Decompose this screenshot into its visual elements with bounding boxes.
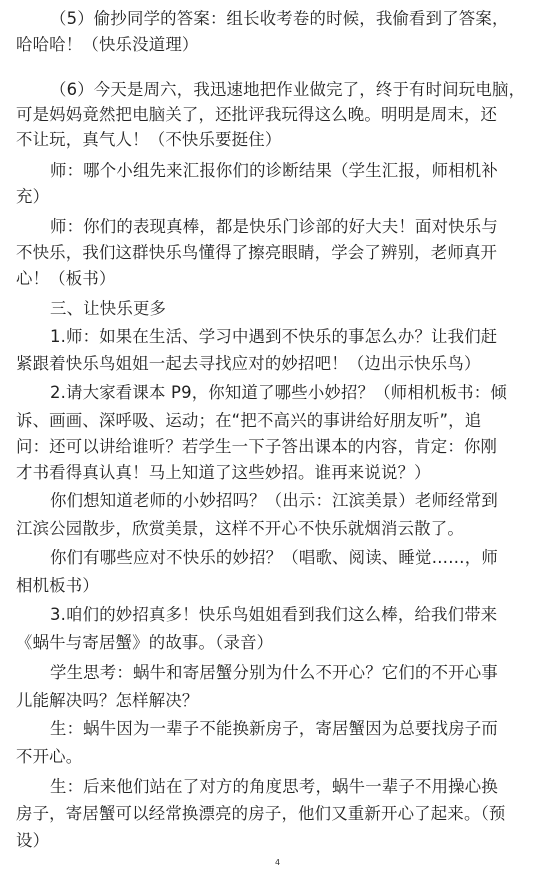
- text-line: 诉、画画、深呼吸、运动；在“把不高兴的事讲给好朋友听”，追: [16, 410, 481, 432]
- text-line: 江滨公园散步，欣赏美景，这样不开心不快乐就烟消云散了。: [16, 518, 464, 540]
- text-line: 紧跟着快乐鸟姐姐一起去寻找应对的妙招吧！（边出示快乐鸟）: [16, 353, 481, 375]
- text-line: 哈哈哈！（快乐没道理）: [16, 34, 199, 56]
- text-line: 1.师：如果在生活、学习中遇到不快乐的事怎么办？让我们赶: [50, 326, 497, 348]
- text-line: 2.请大家看课本 P9，你知道了哪些小妙招？（师相机板书：倾: [50, 382, 507, 404]
- text-line: 《蜗牛与寄居蟹》的故事。（录音）: [16, 632, 273, 654]
- text-line: 3.咱们的妙招真多！快乐鸟姐姐看到我们这么棒，给我们带来: [50, 604, 497, 626]
- text-line: 不快乐，我们这群快乐鸟懂得了擦亮眼睛，学会了辨别，老师真开: [16, 242, 497, 264]
- text-line: 师：你们的表现真棒，都是快乐门诊部的好大夫！面对快乐与: [50, 216, 498, 238]
- text-line: 生：后来他们站在了对方的角度思考，蜗牛一辈子不用操心换: [50, 776, 498, 798]
- text-line: 三、让快乐更多: [50, 298, 166, 320]
- text-line: 师：哪个小组先来汇报你们的诊断结果（学生汇报，师相机补: [50, 160, 498, 182]
- text-line: 不让玩，真气人！（不快乐要挺住）: [16, 129, 281, 151]
- text-line: 充）: [16, 186, 49, 208]
- document-page: （5）偷抄同学的答案：组长收考卷的时候，我偷看到了答案，哈哈哈！（快乐没道理）（…: [0, 0, 555, 874]
- text-line: 问：还可以讲给谁听？若学生一下子答出课本的内容，肯定：你刚: [16, 436, 497, 458]
- text-line: 你们有哪些应对不快乐的妙招？（唱歌、阅读、睡觉……，师: [50, 547, 498, 569]
- text-line: （6）今天是周六，我迅速地把作业做完了，终于有时间玩电脑，: [50, 79, 525, 101]
- text-line: （5）偷抄同学的答案：组长收考卷的时候，我偷看到了答案，: [50, 8, 509, 30]
- page-number: 4: [0, 858, 555, 867]
- text-line: 学生思考：蜗牛和寄居蟹分别为什么不开心？它们的不开心事: [50, 662, 498, 684]
- text-line: 你们想知道老师的小妙招吗？（出示：江滨美景）老师经常到: [50, 490, 498, 512]
- text-line: 可是妈妈竟然把电脑关了，还批评我玩得这么晚。明明是周末，还: [16, 104, 497, 126]
- text-line: 儿能解决吗？怎样解决？: [16, 690, 199, 712]
- text-line: 设）: [16, 830, 49, 852]
- text-line: 不开心。: [16, 746, 82, 768]
- text-line: 才书看得真认真！马上知道了这些妙招。谁再来说说？）: [16, 462, 431, 484]
- text-line: 生：蜗牛因为一辈子不能换新房子，寄居蟹因为总要找房子而: [50, 718, 498, 740]
- text-line: 心！（板书）: [16, 268, 116, 290]
- text-line: 房子，寄居蟹可以经常换漂亮的房子，他们又重新开心了起来。（预: [16, 803, 506, 825]
- text-line: 相机板书）: [16, 575, 99, 597]
